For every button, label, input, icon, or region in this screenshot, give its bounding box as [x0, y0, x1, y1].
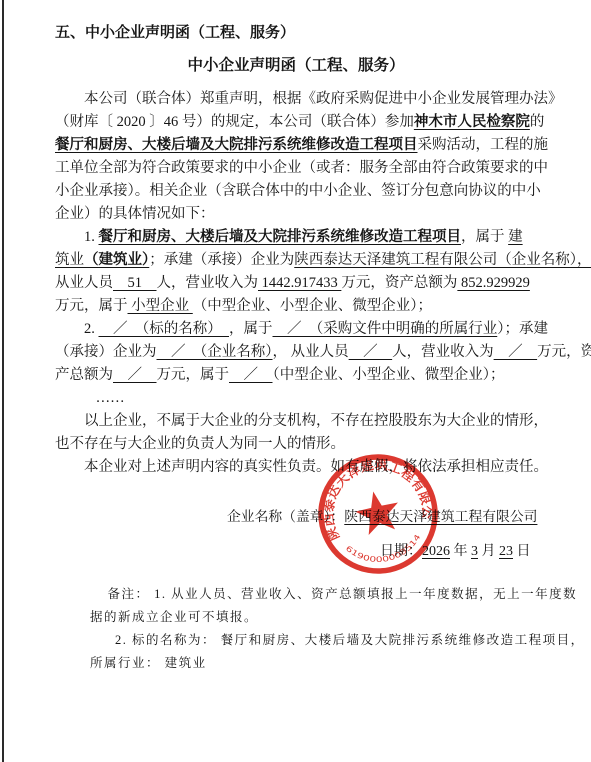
text-line: 2. 标的名称为： 餐厅和厨房、大楼后墙及大院排污系统维修改造工程项目，: [90, 629, 537, 652]
text-line: 企业）的具体情况如下：: [55, 203, 537, 226]
text-line: 据的新成立企业可不填报。: [90, 606, 537, 629]
declaration-body: 本公司（联合体）郑重声明，根据《政府采购促进中小企业发展管理办法》（财库〔 20…: [55, 88, 537, 479]
text-line: 工单位全部为符合政策要求的中小企业（或者：服务全部由符合政策要求的中: [55, 157, 537, 180]
text-line: （财库〔 2020 〕46 号）的规定，本公司（联合体）参加神木市人民检察院的: [55, 111, 537, 134]
month-unit: 月: [478, 544, 499, 559]
text-line: （承接）企业为 ／ （企业名称）， 从业人员 ／ 人，营业收入为 ／ 万元，资: [55, 341, 537, 364]
text-line: 所属行业： 建筑业: [90, 652, 537, 675]
text-line: 万元，属于 小型企业 （中型企业、小型企业、微型企业）；: [55, 295, 537, 318]
document-content: 五、中小企业声明函（工程、服务） 中小企业声明函（工程、服务） 本公司（联合体）…: [55, 22, 537, 675]
text-line: 筑业（建筑业）；承建（承接）企业为陕西泰达天泽建筑工程有限公司（企业名称），: [55, 249, 537, 272]
date-month: 3: [471, 544, 478, 559]
year-unit: 年: [450, 544, 471, 559]
text-line: 餐厅和厨房、大楼后墙及大院排污系统维修改造工程项目采购活动，工程的施: [55, 134, 537, 157]
text-line: 备注： 1. 从业人员、营业收入、资产总额填报上一年度数据，无上一年度数: [90, 583, 537, 606]
text-line: 从业人员 51 人，营业收入为 1442.917433 万元，资产总额为 852…: [55, 272, 537, 295]
remarks-block: 备注： 1. 从业人员、营业收入、资产总额填报上一年度数据，无上一年度数据的新成…: [90, 583, 537, 675]
text-line: 本公司（联合体）郑重声明，根据《政府采购促进中小企业发展管理办法》: [55, 88, 537, 111]
text-line: 本企业对上述声明内容的真实性负责。如有虚假，将依法承担相应责任。: [55, 456, 537, 479]
page-left-border: [2, 0, 4, 762]
text-line: ……: [55, 387, 537, 410]
seal-star-icon: [352, 487, 403, 537]
text-line: 2. ／ （标的名称） ，属于 ／ （采购文件中明确的所属行业）；承建: [55, 318, 537, 341]
text-line: 产总额为 ／ 万元，属于 ／ （中型企业、小型企业、微型企业）；: [55, 364, 537, 387]
text-line: 也不存在与大企业的负责人为同一人的情形。: [55, 433, 537, 456]
text-line: 1. 餐厅和厨房、大楼后墙及大院排污系统维修改造工程项目，属于 建: [55, 226, 537, 249]
document-title: 中小企业声明函（工程、服务）: [55, 55, 537, 77]
document-page: 五、中小企业声明函（工程、服务） 中小企业声明函（工程、服务） 本公司（联合体）…: [0, 0, 591, 762]
text-line: 以上企业，不属于大企业的分支机构，不存在控股股东为大企业的情形，: [55, 410, 537, 433]
company-stamp-seal: 陕西泰达天泽建筑工程有限公司 6190000008514: [304, 440, 451, 587]
section-title: 五、中小企业声明函（工程、服务）: [55, 22, 537, 44]
date-day: 23: [499, 544, 513, 559]
day-unit: 日: [513, 544, 531, 559]
text-line: 小企业承接）。相关企业（含联合体中的中小企业、签订分包意向协议的中小: [55, 180, 537, 203]
